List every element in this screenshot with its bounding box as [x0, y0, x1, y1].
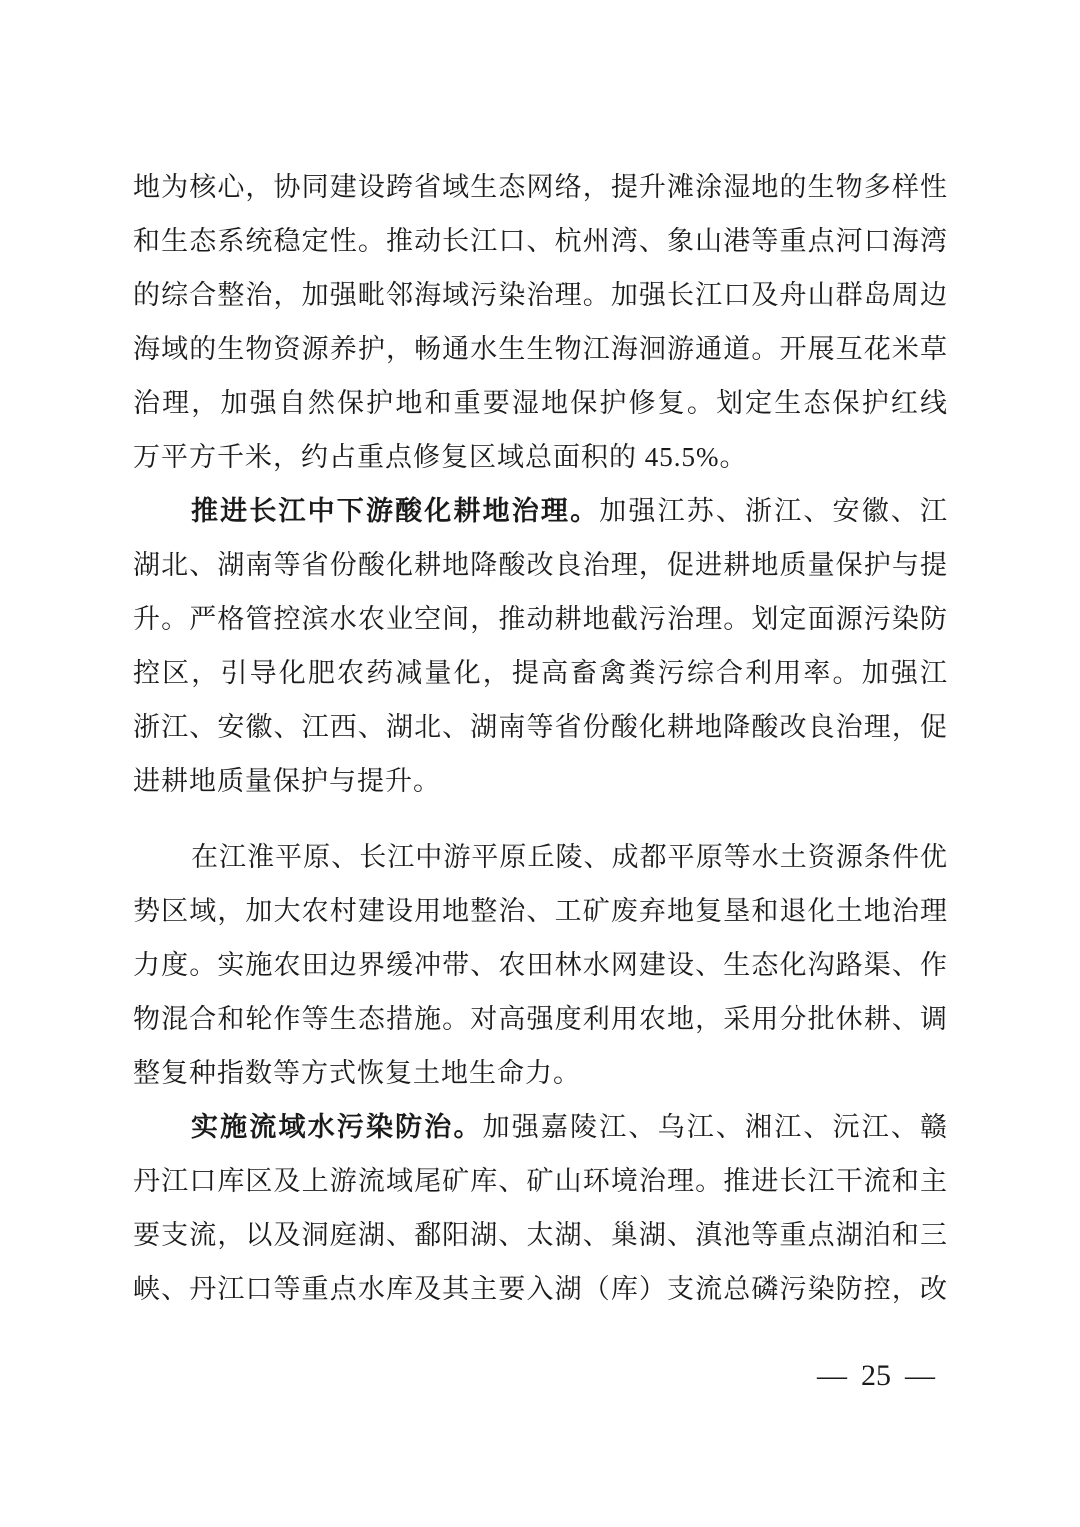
text-line: 进耕地质量保护与提升。 — [133, 754, 948, 808]
document-body: 地为核心，协同建设跨省域生态网络，提升滩涂湿地的生物多样性和生态系统稳定性。推动… — [133, 160, 948, 1316]
text-line: 湖北、湖南等省份酸化耕地降酸改良治理，促进耕地质量保护与提 — [133, 538, 948, 592]
page-number: 25 — [861, 1359, 891, 1392]
text-line: 海域的生物资源养护，畅通水生生物江海洄游通道。开展互花米草 — [133, 322, 948, 376]
page-footer: —25— — [817, 1356, 935, 1396]
footer-dash-right: — — [905, 1359, 935, 1392]
paragraph: 推进长江中下游酸化耕地治理。加强江苏、浙江、安徽、江西、湖北、湖南等省份酸化耕地… — [133, 484, 948, 808]
text-line: 浙江、安徽、江西、湖北、湖南等省份酸化耕地降酸改良治理，促 — [133, 700, 948, 754]
paragraph: 实施流域水污染防治。加强嘉陵江、乌江、湘江、沅江、赣江、丹江口库区及上游流域尾矿… — [133, 1100, 948, 1316]
text-line: 推进长江中下游酸化耕地治理。加强江苏、浙江、安徽、江西、 — [133, 484, 948, 538]
text-line: 整复种指数等方式恢复土地生命力。 — [133, 1046, 948, 1100]
paragraph: 在江淮平原、长江中游平原丘陵、成都平原等水土资源条件优势区域，加大农村建设用地整… — [133, 830, 948, 1100]
bold-lead: 实施流域水污染防治。 — [191, 1112, 483, 1142]
text-line: 万平方千米，约占重点修复区域总面积的 45.5%。 — [133, 430, 948, 484]
footer-dash-left: — — [817, 1359, 847, 1392]
text-line: 峡、丹江口等重点水库及其主要入湖（库）支流总磷污染防控，改 — [133, 1262, 948, 1316]
text-line: 控区，引导化肥农药减量化，提高畜禽粪污综合利用率。加强江苏、 — [133, 646, 948, 700]
text-line: 地为核心，协同建设跨省域生态网络，提升滩涂湿地的生物多样性 — [133, 160, 948, 214]
text-line: 升。严格管控滨水农业空间，推动耕地截污治理。划定面源污染防 — [133, 592, 948, 646]
text-line: 实施流域水污染防治。加强嘉陵江、乌江、湘江、沅江、赣江、 — [133, 1100, 948, 1154]
text-line: 和生态系统稳定性。推动长江口、杭州湾、象山港等重点河口海湾 — [133, 214, 948, 268]
text-line: 的综合整治，加强毗邻海域污染治理。加强长江口及舟山群岛周边 — [133, 268, 948, 322]
text-line: 在江淮平原、长江中游平原丘陵、成都平原等水土资源条件优 — [133, 830, 948, 884]
text-line: 物混合和轮作等生态措施。对高强度利用农地，采用分批休耕、调 — [133, 992, 948, 1046]
document-page: 地为核心，协同建设跨省域生态网络，提升滩涂湿地的生物多样性和生态系统稳定性。推动… — [0, 0, 1080, 1527]
bold-lead: 推进长江中下游酸化耕地治理。 — [191, 496, 599, 526]
text-line: 丹江口库区及上游流域尾矿库、矿山环境治理。推进长江干流和主 — [133, 1154, 948, 1208]
text-line: 力度。实施农田边界缓冲带、农田林水网建设、生态化沟路渠、作 — [133, 938, 948, 992]
text-line: 要支流，以及洞庭湖、鄱阳湖、太湖、巢湖、滇池等重点湖泊和三 — [133, 1208, 948, 1262]
text-line: 治理，加强自然保护地和重要湿地保护修复。划定生态保护红线 1.12 — [133, 376, 948, 430]
paragraph: 地为核心，协同建设跨省域生态网络，提升滩涂湿地的生物多样性和生态系统稳定性。推动… — [133, 160, 948, 484]
text-line: 势区域，加大农村建设用地整治、工矿废弃地复垦和退化土地治理 — [133, 884, 948, 938]
